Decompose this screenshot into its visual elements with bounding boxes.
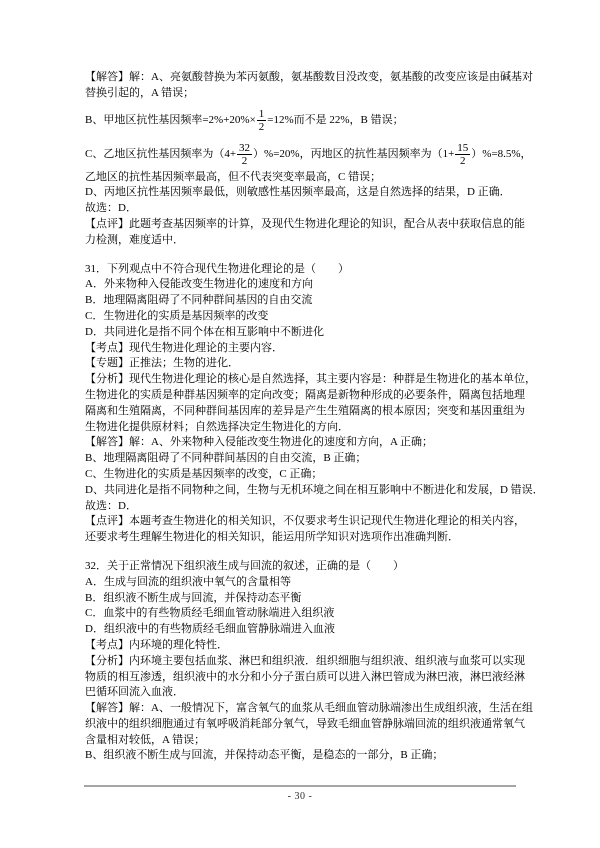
fraction-denominator: 2 [259, 121, 265, 133]
q31-dianping-line-1: 【点评】本题考查生物进化的相关知识，不仅要求考生识记现代生物进化理论的相关内容， [85, 514, 537, 530]
fraction-one-half: 1 2 [257, 108, 267, 133]
fraction-numerator: 1 [257, 108, 267, 121]
q31-jieda-line-1: 【解答】解：A、外来物种入侵能改变生物进化的速度和方向，A 正确； [85, 435, 537, 451]
q32-fenxi-line-2: 物质的相互渗透，组织液中的水分和小分子蛋白质可以进入淋巴管成为淋巴液，淋巴液经淋 [85, 670, 537, 686]
q30-b-text-post: =12%而不是 22%，B 错误； [267, 113, 403, 129]
fraction-numerator: 15 [455, 142, 470, 155]
q30-jieda-line-c2: 乙地区的抗性基因频率最高，但不代表突变率最高，C 错误； [85, 170, 537, 186]
q31-jieda-line-3: C、生物进化的实质是基因频率的改变，C 正确； [85, 467, 537, 483]
q32-fenxi-line-1: 【分析】内环境主要包括血浆、淋巴和组织液．组织细胞与组织液、组织液与血浆可以实现 [85, 654, 537, 670]
fraction-numerator: 32 [237, 142, 252, 155]
q31-answer-choice: 故选：D． [85, 499, 537, 515]
q32-option-c: C．血浆中的有些物质经毛细血管动脉端进入组织液 [85, 606, 537, 622]
q31-option-b: B．地理隔离阻碍了不同种群间基因的自由交流 [85, 293, 537, 309]
q32-jieda-line-1: 【解答】解：A、一般情况下，富含氧气的血浆从毛细血管动脉端渗出生成组织液，生活在… [85, 701, 537, 717]
q31-fenxi-line-4: 生物进化提供原材料；自然选择决定生物进化的方向． [85, 420, 537, 436]
q30-jieda-line-d: D、丙地区抗性基因频率最低，则敏感性基因频率最高，这是自然选择的结果，D 正确． [85, 185, 537, 201]
fraction-denominator: 2 [242, 155, 248, 167]
q30-c-text-post: ）%=8.5%， [471, 147, 531, 163]
q31-fenxi-line-2: 生物进化的实质是种群基因频率的定向改变；隔离是新物种形成的必要条件，隔离包括地理 [85, 388, 537, 404]
q30-c-text-pre: C、乙地区抗性基因频率为（4+ [85, 147, 236, 163]
q30-dianping-line-1: 【点评】此题考查基因频率的计算，及现代生物进化理论的知识，配合从表中获取信息的能 [85, 217, 537, 233]
q32-stem: 32．关于正常情况下组织液生成与回流的叙述，正确的是（ ） [85, 559, 537, 575]
fraction-32-over-2: 32 2 [237, 142, 252, 167]
q32-option-b: B．组织液不断生成与回流，并保持动态平衡 [85, 591, 537, 607]
q30-jieda-line-c: C、乙地区抗性基因频率为（4+ 32 2 ）%=20%，丙地区的抗性基因频率为（… [85, 140, 537, 170]
q32-option-d: D．组织液中的有些物质经毛细血管静脉端进入血液 [85, 622, 537, 638]
q30-answer-choice: 故选：D． [85, 201, 537, 217]
fraction-15-over-2: 15 2 [455, 142, 470, 167]
q32-fenxi-line-3: 巴循环回流入血液． [85, 685, 537, 701]
q30-dianping-line-2: 力检测，难度适中． [85, 233, 537, 249]
fraction-denominator: 2 [460, 155, 466, 167]
q30-jieda-line-b: B、甲地区抗性基因频率=2%+20%× 1 2 =12%而不是 22%，B 错误… [85, 106, 537, 136]
blank-line [85, 546, 537, 559]
q30-b-text-pre: B、甲地区抗性基因频率=2%+20%× [85, 113, 256, 129]
q32-jieda-line-2: 织液中的组织细胞通过有氧呼吸消耗部分氧气，导致毛细血管静脉端回流的组织液通常氧气 [85, 717, 537, 733]
blank-line [85, 249, 537, 262]
q31-jieda-line-2: B、地理隔离阻碍了不同种群间基因的自由交流，B 正确； [85, 451, 537, 467]
document-content: 【解答】解：A、亮氨酸替换为苯丙氨酸，氨基酸数目没改变，氨基酸的改变应该是由碱基… [85, 70, 537, 764]
page-footer: - 30 - [84, 785, 516, 802]
q32-kaodian: 【考点】内环境的理化特性． [85, 638, 537, 654]
q31-jieda-line-4: D、共同进化是指不同物种之间，生物与无机环境之间在相互影响中不断进化和发展，D … [85, 483, 537, 499]
q31-zhuanti: 【专题】正推法；生物的进化． [85, 356, 537, 372]
q32-jieda-line-3: 含量相对较低，A 错误； [85, 733, 537, 749]
q30-c-text-mid: ）%=20%，丙地区的抗性基因频率为（1+ [253, 147, 454, 163]
q31-option-a: A．外来物种入侵能改变生物进化的速度和方向 [85, 277, 537, 293]
q31-dianping-line-2: 还要求考生理解生物进化的相关知识，能运用所学知识对选项作出准确判断． [85, 530, 537, 546]
q30-jieda-line-2: 替换引起的，A 错误； [85, 86, 537, 102]
q30-jieda-line-1: 【解答】解：A、亮氨酸替换为苯丙氨酸，氨基酸数目没改变，氨基酸的改变应该是由碱基… [85, 70, 537, 86]
q31-option-c: C．生物进化的实质是基因频率的改变 [85, 309, 537, 325]
q31-fenxi-line-3: 隔离和生殖隔离，不同种群间基因库的差异是产生生殖隔离的根本原因；突变和基因重组为 [85, 404, 537, 420]
q31-fenxi-line-1: 【分析】现代生物进化理论的核心是自然选择，其主要内容是：种群是生物进化的基本单位… [85, 372, 537, 388]
q31-stem: 31．下列观点中不符合现代生物进化理论的是（ ） [85, 262, 537, 278]
q31-kaodian: 【考点】现代生物进化理论的主要内容． [85, 341, 537, 357]
page-number: - 30 - [84, 791, 516, 802]
q32-jieda-line-4: B、组织液不断生成与回流，并保持动态平衡，是稳态的一部分，B 正确； [85, 748, 537, 764]
q32-option-a: A．生成与回流的组织液中氧气的含量相等 [85, 575, 537, 591]
q31-option-d: D．共同进化是指不同个体在相互影响中不断进化 [85, 325, 537, 341]
